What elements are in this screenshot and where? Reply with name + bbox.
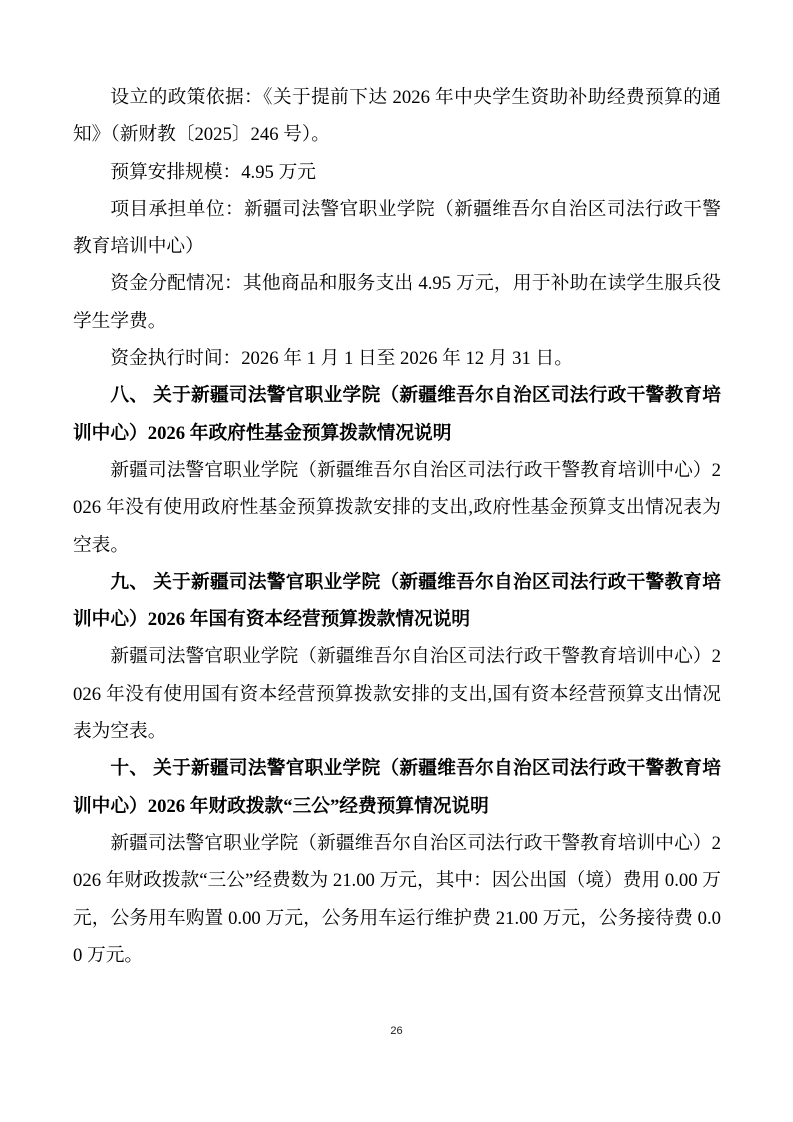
paragraph-government-fund: 新疆司法警官职业学院（新疆维吾尔自治区司法行政干警教育培训中心）2026 年没有… <box>73 452 721 564</box>
paragraph-policy-basis: 设立的政策依据：《关于提前下达 2026 年中央学生资助补助经费预算的通知》（新… <box>73 79 721 154</box>
paragraph-execution-period: 资金执行时间：2026 年 1 月 1 日至 2026 年 12 月 31 日。 <box>73 340 721 377</box>
section-heading-8: 八、 关于新疆司法警官职业学院（新疆维吾尔自治区司法行政干警教育培训中心）202… <box>73 377 721 452</box>
paragraph-budget-scale: 预算安排规模：4.95 万元 <box>73 154 721 191</box>
paragraph-undertaking-unit: 项目承担单位：新疆司法警官职业学院（新疆维吾尔自治区司法行政干警教育培训中心） <box>73 191 721 266</box>
section-heading-10: 十、 关于新疆司法警官职业学院（新疆维吾尔自治区司法行政干警教育培训中心）202… <box>73 750 721 825</box>
paragraph-three-public-expenses: 新疆司法警官职业学院（新疆维吾尔自治区司法行政干警教育培训中心）2026 年财政… <box>73 825 721 974</box>
document-page: 设立的政策依据：《关于提前下达 2026 年中央学生资助补助经费预算的通知》（新… <box>0 0 793 1122</box>
page-number: 26 <box>0 1023 793 1039</box>
paragraph-fund-allocation: 资金分配情况：其他商品和服务支出 4.95 万元，用于补助在读学生服兵役学生学费… <box>73 265 721 340</box>
section-heading-9: 九、 关于新疆司法警官职业学院（新疆维吾尔自治区司法行政干警教育培训中心）202… <box>73 564 721 639</box>
document-body: 设立的政策依据：《关于提前下达 2026 年中央学生资助补助经费预算的通知》（新… <box>73 79 721 974</box>
paragraph-state-capital: 新疆司法警官职业学院（新疆维吾尔自治区司法行政干警教育培训中心）2026 年没有… <box>73 638 721 750</box>
